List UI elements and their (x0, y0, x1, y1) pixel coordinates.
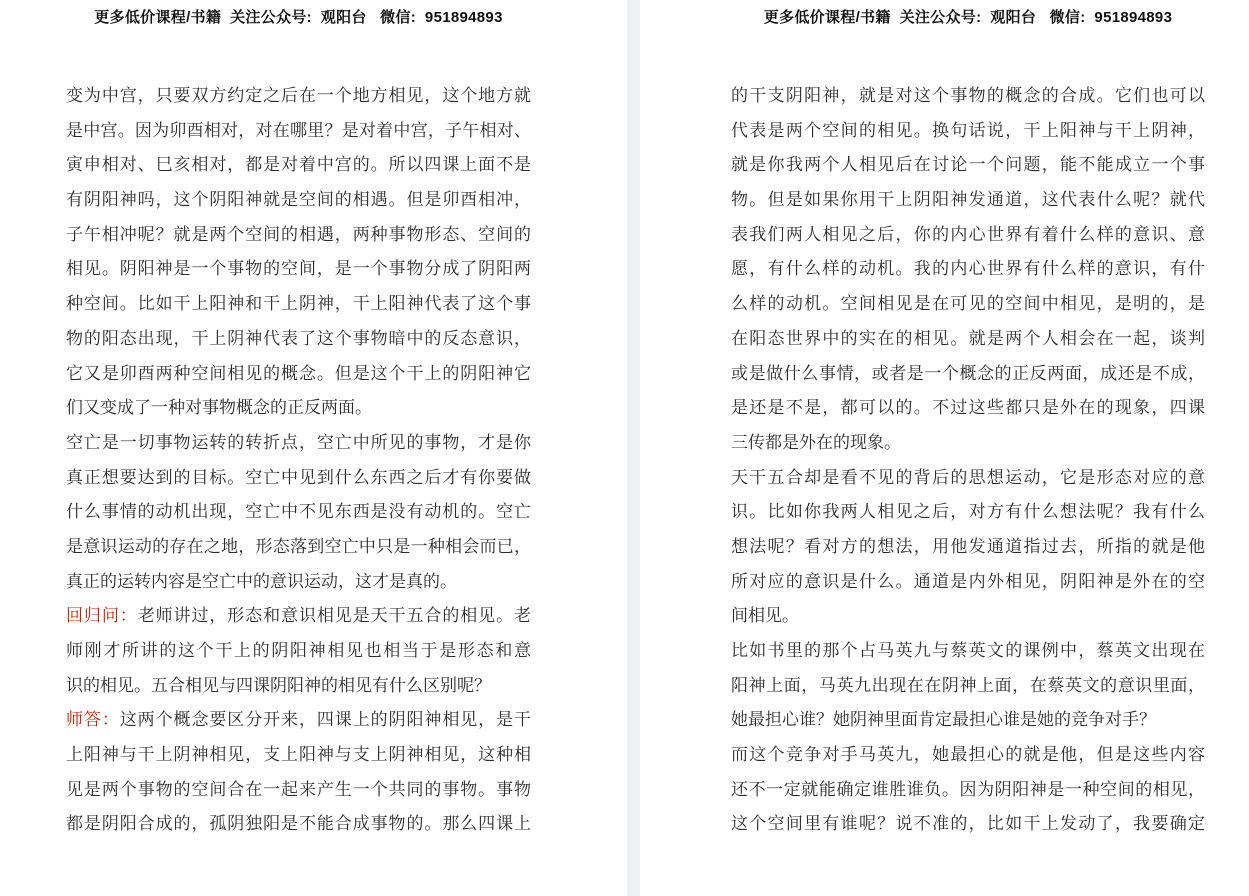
line-text: 识的相见。五合相见与四课阴阳神的相见有什么区别呢？ (66, 676, 491, 696)
text-line: 相见。阴阳神是一个事物的空间，是一个事物分成了阴阳两 (66, 252, 531, 287)
line-text: 么样的动机。空间相见是在可见的空间中相见，是明的，是 (731, 294, 1205, 314)
text-line: 就是你我两个人相见后在讨论一个问题，能不能成立一个事 (731, 148, 1205, 183)
line-text: 是还是不是，都可以的。不过这些都只是外在的现象，四课 (731, 398, 1205, 418)
line-text: 它又是卯酉两种空间相见的概念。但是这个干上的阴阳神它 (66, 364, 531, 384)
line-text: 师刚才所讲的这个干上的阴阳神相见也相当于是形态和意 (66, 641, 531, 661)
text-line: 识的相见。五合相见与四课阴阳神的相见有什么区别呢？ (66, 669, 531, 704)
line-text: 种空间。比如干上阳神和干上阴神，干上阳神代表了这个事 (66, 294, 531, 314)
line-text: 还不一定就能确定谁胜谁负。因为阴阳神是一种空间的相见， (731, 780, 1205, 800)
line-text: 们又变成了一种对事物概念的正反两面。 (66, 398, 372, 418)
text-line: 师答：这两个概念要区分开来，四课上的阴阳神相见，是干 (66, 703, 531, 738)
line-text: 相见。阴阳神是一个事物的空间，是一个事物分成了阴阳两 (66, 259, 531, 279)
text-column-right: 的干支阴阳神，就是对这个事物的概念的合成。它们也可以代表是两个空间的相见。换句话… (731, 79, 1205, 842)
line-text: 变为中宫，只要双方约定之后在一个地方相见，这个地方就 (66, 86, 531, 106)
text-line: 是还是不是，都可以的。不过这些都只是外在的现象，四课 (731, 391, 1205, 426)
text-line: 是意识运动的存在之地，形态落到空亡中只是一种相会而已， (66, 530, 531, 565)
line-text: 所对应的意识是什么。通道是内外相见，阴阳神是外在的空 (731, 572, 1205, 592)
line-text: 的干支阴阳神，就是对这个事物的概念的合成。它们也可以 (731, 86, 1205, 106)
text-line: 还不一定就能确定谁胜谁负。因为阴阳神是一种空间的相见， (731, 773, 1205, 808)
text-line: 什么事情的动机出现，空亡中不见东西是没有动机的。空亡 (66, 495, 531, 530)
line-text: 寅申相对、巳亥相对，都是对着中宫的。所以四课上面不是 (66, 155, 531, 175)
line-text: 这个空间里有谁呢？说不准的，比如干上发动了，我要确定 (731, 814, 1205, 834)
line-text: 想法呢？看对方的想法，用他发通道指过去，所指的就是他 (731, 537, 1205, 557)
page-left: 更多低价课程/书籍 关注公众号: 观阳台 微信: 951894893 变为中宫，… (0, 0, 627, 896)
line-text: 都是阴阳合成的，孤阴独阳是不能合成事物的。那么四课上 (66, 814, 531, 834)
text-line: 见是两个事物的空间合在一起来产生一个共同的事物。事物 (66, 773, 531, 808)
text-line: 或是做什么事情，或者是一个概念的正反两面，成还是不成， (731, 357, 1205, 392)
line-text: 三传都是外在的现象。 (731, 433, 901, 453)
text-line: 识。比如你我两人相见之后，对方有什么想法呢？我有什么 (731, 495, 1205, 530)
line-text: 子午相冲呢？就是两个空间的相遇，两种事物形态、空间的 (66, 225, 531, 245)
line-text: 是中宫。因为卯酉相对，对在哪里？是对着中宫，子午相对、 (66, 121, 531, 141)
text-line: 想法呢？看对方的想法，用他发通道指过去，所指的就是他 (731, 530, 1205, 565)
line-text: 见是两个事物的空间合在一起来产生一个共同的事物。事物 (66, 780, 531, 800)
line-text: 间相见。 (731, 606, 799, 626)
text-line: 物。但是如果你用干上阴阳神发通道，这代表什么呢？就代 (731, 183, 1205, 218)
text-line: 代表是两个空间的相见。换句话说，干上阳神与干上阴神， (731, 114, 1205, 149)
text-line: 间相见。 (731, 599, 1205, 634)
text-line: 所对应的意识是什么。通道是内外相见，阴阳神是外在的空 (731, 565, 1205, 600)
line-text: 什么事情的动机出现，空亡中不见东西是没有动机的。空亡 (66, 502, 531, 522)
line-text: 代表是两个空间的相见。换句话说，干上阳神与干上阴神， (731, 121, 1205, 141)
line-text: 愿，有什么样的动机。我的内心世界有什么样的意识，有什 (731, 259, 1205, 279)
line-text: 有阴阳神吗，这个阴阳神就是空间的相遇。但是卯酉相冲， (66, 190, 531, 210)
text-line: 三传都是外在的现象。 (731, 426, 1205, 461)
line-text: 表我们两人相见之后，你的内心世界有着什么样的意识、意 (731, 225, 1205, 245)
line-text: 识。比如你我两人相见之后，对方有什么想法呢？我有什么 (731, 502, 1205, 522)
speaker-label: 回归问： (66, 606, 138, 626)
line-text: 在阳态世界中的实在的相见。就是两个人相会在一起，谈判 (731, 329, 1205, 349)
line-text: 物的阳态出现，干上阴神代表了这个事物暗中的反态意识， (66, 329, 531, 349)
line-text: 上阳神与干上阴神相见，支上阳神与支上阴神相见，这种相 (66, 745, 531, 765)
text-line: 真正想要达到的目标。空亡中见到什么东西之后才有你要做 (66, 461, 531, 496)
text-line: 她最担心谁？她阴神里面肯定最担心谁是她的竞争对手？ (731, 703, 1205, 738)
text-line: 这个空间里有谁呢？说不准的，比如干上发动了，我要确定 (731, 807, 1205, 842)
text-line: 天干五合却是看不见的背后的思想运动，它是形态对应的意 (731, 461, 1205, 496)
text-column-left: 变为中宫，只要双方约定之后在一个地方相见，这个地方就是中宫。因为卯酉相对，对在哪… (66, 79, 531, 842)
line-text: 阳神上面，马英九出现在在阴神上面，在蔡英文的意识里面， (731, 676, 1205, 696)
text-line: 回归问：老师讲过，形态和意识相见是天干五合的相见。老 (66, 599, 531, 634)
page-gutter (627, 0, 640, 896)
text-line: 表我们两人相见之后，你的内心世界有着什么样的意识、意 (731, 218, 1205, 253)
page-header: 更多低价课程/书籍 关注公众号: 观阳台 微信: 951894893 (66, 6, 531, 27)
line-text: 是意识运动的存在之地，形态落到空亡中只是一种相会而已， (66, 537, 531, 557)
text-line: 变为中宫，只要双方约定之后在一个地方相见，这个地方就 (66, 79, 531, 114)
text-line: 上阳神与干上阴神相见，支上阳神与支上阴神相见，这种相 (66, 738, 531, 773)
line-text: 天干五合却是看不见的背后的思想运动，它是形态对应的意 (731, 468, 1205, 488)
text-line: 么样的动机。空间相见是在可见的空间中相见，是明的，是 (731, 287, 1205, 322)
line-text: 物。但是如果你用干上阴阳神发通道，这代表什么呢？就代 (731, 190, 1205, 210)
line-text: 或是做什么事情，或者是一个概念的正反两面，成还是不成， (731, 364, 1205, 384)
text-line: 师刚才所讲的这个干上的阴阳神相见也相当于是形态和意 (66, 634, 531, 669)
text-line: 的干支阴阳神，就是对这个事物的概念的合成。它们也可以 (731, 79, 1205, 114)
text-line: 子午相冲呢？就是两个空间的相遇，两种事物形态、空间的 (66, 218, 531, 253)
line-text: 真正想要达到的目标。空亡中见到什么东西之后才有你要做 (66, 468, 531, 488)
line-text: 这两个概念要区分开来，四课上的阴阳神相见，是干 (120, 710, 531, 730)
line-text: 真正的运转内容是空亡中的意识运动，这才是真的。 (66, 572, 457, 592)
page-header: 更多低价课程/书籍 关注公众号: 观阳台 微信: 951894893 (731, 6, 1205, 27)
text-line: 比如书里的那个占马英九与蔡英文的课例中，蔡英文出现在 (731, 634, 1205, 669)
line-text: 空亡是一切事物运转的转折点，空亡中所见的事物，才是你 (66, 433, 531, 453)
text-line: 有阴阳神吗，这个阴阳神就是空间的相遇。但是卯酉相冲， (66, 183, 531, 218)
text-line: 愿，有什么样的动机。我的内心世界有什么样的意识，有什 (731, 252, 1205, 287)
text-line: 阳神上面，马英九出现在在阴神上面，在蔡英文的意识里面， (731, 669, 1205, 704)
line-text: 就是你我两个人相见后在讨论一个问题，能不能成立一个事 (731, 155, 1205, 175)
text-line: 物的阳态出现，干上阴神代表了这个事物暗中的反态意识， (66, 322, 531, 357)
text-line: 是中宫。因为卯酉相对，对在哪里？是对着中宫，子午相对、 (66, 114, 531, 149)
line-text: 老师讲过，形态和意识相见是天干五合的相见。老 (138, 606, 531, 626)
text-line: 空亡是一切事物运转的转折点，空亡中所见的事物，才是你 (66, 426, 531, 461)
text-line: 都是阴阳合成的，孤阴独阳是不能合成事物的。那么四课上 (66, 807, 531, 842)
text-line: 寅申相对、巳亥相对，都是对着中宫的。所以四课上面不是 (66, 148, 531, 183)
text-line: 它又是卯酉两种空间相见的概念。但是这个干上的阴阳神它 (66, 357, 531, 392)
speaker-label: 师答： (66, 710, 120, 730)
text-line: 种空间。比如干上阳神和干上阴神，干上阳神代表了这个事 (66, 287, 531, 322)
text-line: 们又变成了一种对事物概念的正反两面。 (66, 391, 531, 426)
line-text: 比如书里的那个占马英九与蔡英文的课例中，蔡英文出现在 (731, 641, 1205, 661)
page-right: 更多低价课程/书籍 关注公众号: 观阳台 微信: 951894893 的干支阴阳… (640, 0, 1249, 896)
line-text: 而这个竞争对手马英九，她最担心的就是他，但是这些内容 (731, 745, 1205, 765)
text-line: 真正的运转内容是空亡中的意识运动，这才是真的。 (66, 565, 531, 600)
line-text: 她最担心谁？她阴神里面肯定最担心谁是她的竞争对手？ (731, 710, 1156, 730)
text-line: 在阳态世界中的实在的相见。就是两个人相会在一起，谈判 (731, 322, 1205, 357)
text-line: 而这个竞争对手马英九，她最担心的就是他，但是这些内容 (731, 738, 1205, 773)
